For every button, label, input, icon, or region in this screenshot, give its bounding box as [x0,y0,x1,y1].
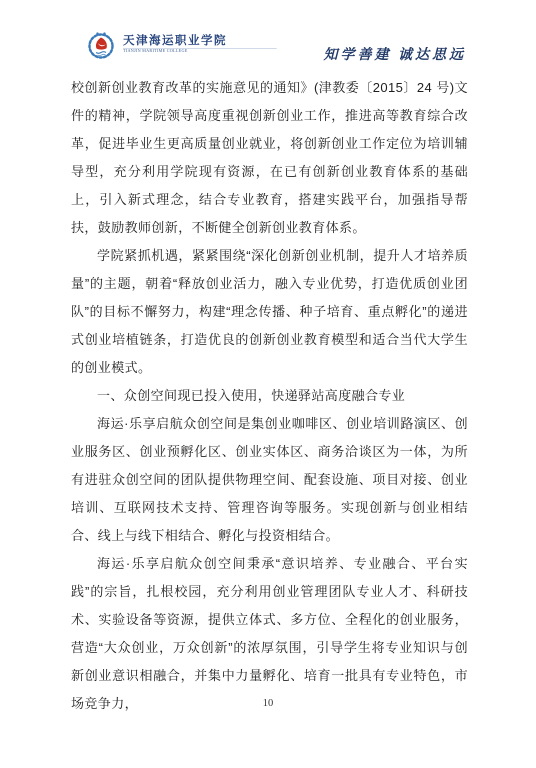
page-number: 10 [0,698,536,709]
document-content: 校创新创业教育改革的实施意见的通知》(津教委〔2015〕24 号)文件的精神，学… [71,74,468,718]
paragraph: 学院紧抓机遇，紧紧围绕“深化创新创业机制，提升人才培养质量”的主题，朝着“释放创… [71,242,468,382]
college-name-block: 天津海运职业学院 TIANJIN MARITIME COLLEGE [123,35,277,60]
section-heading: 一、众创空间现已投入使用，快递驿站高度融合专业 [71,382,468,410]
paragraph: 海运·乐享启航众创空间秉承“意识培养、专业融合、平台实践”的宗旨，扎根校园，充分… [71,550,468,718]
document-page: 天津海运职业学院 TIANJIN MARITIME COLLEGE 知学善建 诚… [0,0,536,768]
college-motto: 知学善建 诚达思远 [324,44,467,64]
college-name-en: TIANJIN MARITIME COLLEGE [123,48,277,53]
page-header: 天津海运职业学院 TIANJIN MARITIME COLLEGE 知学善建 诚… [0,26,536,74]
paragraph: 校创新创业教育改革的实施意见的通知》(津教委〔2015〕24 号)文件的精神，学… [71,74,468,242]
college-name-cn: 天津海运职业学院 [123,35,277,48]
college-emblem-icon [86,28,118,66]
paragraph: 海运·乐享启航众创空间是集创业咖啡区、创业培训路演区、创业服务区、创业预孵化区、… [71,410,468,550]
college-logo: 天津海运职业学院 TIANJIN MARITIME COLLEGE [86,28,277,66]
